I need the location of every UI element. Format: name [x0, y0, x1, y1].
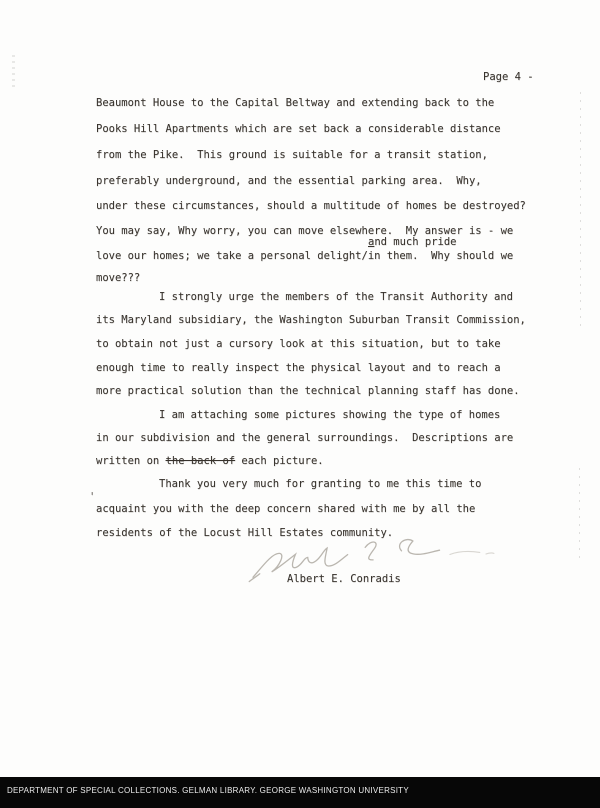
letter-line: under these circumstances, should a mult…	[96, 200, 526, 213]
typed-signature-name: Albert E. Conradis	[287, 573, 401, 586]
scan-artifact	[580, 92, 581, 332]
scan-artifact	[12, 55, 15, 89]
archive-footer-bar: DEPARTMENT OF SPECIAL COLLECTIONS. GELMA…	[0, 777, 600, 808]
typed-insertion: and much pride	[368, 236, 457, 249]
document-page: Page 4 - Beaumont House to the Capital B…	[0, 0, 600, 808]
letter-line: to obtain not just a cursory look at thi…	[96, 338, 501, 351]
letter-line: I strongly urge the members of the Trans…	[96, 291, 513, 304]
letter-line: Beaumont House to the Capital Beltway an…	[96, 97, 494, 110]
letter-line: in our subdivision and the general surro…	[96, 432, 513, 445]
letter-line: its Maryland subsidiary, the Washington …	[96, 314, 526, 327]
letter-line: more practical solution than the technic…	[96, 385, 520, 398]
letter-line: acquaint you with the deep concern share…	[96, 503, 475, 516]
letter-line: from the Pike. This ground is suitable f…	[96, 149, 488, 162]
letter-line: move???	[96, 272, 140, 285]
letter-line: enough time to really inspect the physic…	[96, 362, 501, 375]
scan-artifact	[579, 468, 580, 564]
letter-line: Thank you very much for granting to me t…	[96, 478, 481, 491]
letter-line: I am attaching some pictures showing the…	[96, 409, 500, 422]
letter-line: love our homes; we take a personal delig…	[96, 250, 513, 263]
line-text: written on	[96, 455, 166, 467]
letter-line: Pooks Hill Apartments which are set back…	[96, 123, 501, 136]
stray-scan-mark: '	[89, 491, 95, 504]
insertion-text: nd much pride	[374, 236, 456, 248]
page-number: Page 4 -	[483, 71, 534, 84]
letter-line: written on the back of each picture.	[96, 455, 324, 468]
letter-line: preferably underground, and the essentia…	[96, 175, 482, 188]
struck-text: the back of	[166, 455, 236, 467]
archive-credit-text: DEPARTMENT OF SPECIAL COLLECTIONS. GELMA…	[7, 786, 409, 795]
line-text: each picture.	[235, 455, 324, 467]
